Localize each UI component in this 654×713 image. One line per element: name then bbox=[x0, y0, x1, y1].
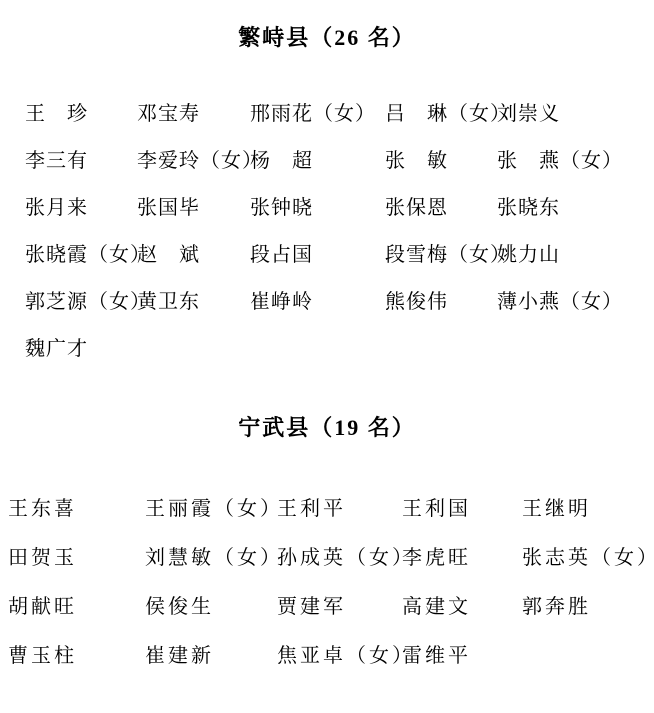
person-name: 张 燕（女） bbox=[497, 150, 654, 172]
name-row: 胡献旺 侯俊生 贾建军 高建文 郭奔胜 bbox=[0, 596, 654, 618]
person-name: 刘崇义 bbox=[497, 103, 654, 125]
person-name: 张国毕 bbox=[137, 197, 250, 219]
person-name: 张 敏 bbox=[385, 150, 497, 172]
person-name: 王丽霞（女） bbox=[145, 498, 277, 520]
person-name: 李三有 bbox=[25, 150, 137, 172]
person-name: 张钟晓 bbox=[250, 197, 385, 219]
person-name: 杨 超 bbox=[250, 150, 385, 172]
person-name: 焦亚卓（女） bbox=[277, 645, 402, 667]
person-name: 赵 斌 bbox=[137, 244, 250, 266]
name-row: 张晓霞（女） 赵 斌 段占国 段雪梅（女） 姚力山 bbox=[0, 244, 654, 266]
person-name: 高建文 bbox=[402, 596, 522, 618]
person-name: 张志英（女） bbox=[522, 547, 654, 569]
person-name: 邢雨花（女） bbox=[250, 103, 385, 125]
person-name: 段占国 bbox=[250, 244, 385, 266]
person-name: 雷维平 bbox=[402, 645, 522, 667]
person-name: 胡献旺 bbox=[8, 596, 145, 618]
name-row: 魏广才 bbox=[0, 338, 654, 360]
section-title: 宁武县（19 名） bbox=[0, 416, 654, 440]
person-name: 崔峥岭 bbox=[250, 291, 385, 313]
name-row: 郭芝源（女） 黄卫东 崔峥岭 熊俊伟 薄小燕（女） bbox=[0, 291, 654, 313]
person-name: 黄卫东 bbox=[137, 291, 250, 313]
person-name: 李爱玲（女） bbox=[137, 150, 250, 172]
person-name: 郭芝源（女） bbox=[25, 291, 137, 313]
name-row: 李三有 李爱玲（女） 杨 超 张 敏 张 燕（女） bbox=[0, 150, 654, 172]
person-name: 郭奔胜 bbox=[522, 596, 654, 618]
person-name: 曹玉柱 bbox=[8, 645, 145, 667]
person-name: 侯俊生 bbox=[145, 596, 277, 618]
person-name: 段雪梅（女） bbox=[385, 244, 497, 266]
name-row: 王 珍 邓宝寿 邢雨花（女） 吕 琳（女） 刘崇义 bbox=[0, 103, 654, 125]
person-name: 刘慧敏（女） bbox=[145, 547, 277, 569]
person-name: 贾建军 bbox=[277, 596, 402, 618]
name-row: 田贺玉 刘慧敏（女） 孙成英（女） 李虎旺 张志英（女） bbox=[0, 547, 654, 569]
county-section-ningwu: 宁武县（19 名） 王东喜 王丽霞（女） 王利平 王利国 王继明 田贺玉 刘慧敏… bbox=[0, 416, 654, 667]
person-name: 魏广才 bbox=[25, 338, 137, 360]
person-name: 王利平 bbox=[277, 498, 402, 520]
person-name: 孙成英（女） bbox=[277, 547, 402, 569]
name-row: 王东喜 王丽霞（女） 王利平 王利国 王继明 bbox=[0, 498, 654, 520]
person-name: 崔建新 bbox=[145, 645, 277, 667]
name-row: 张月来 张国毕 张钟晓 张保恩 张晓东 bbox=[0, 197, 654, 219]
person-name: 邓宝寿 bbox=[137, 103, 250, 125]
person-name: 王东喜 bbox=[8, 498, 145, 520]
section-title: 繁峙县（26 名） bbox=[0, 26, 654, 50]
county-section-fanshi: 繁峙县（26 名） 王 珍 邓宝寿 邢雨花（女） 吕 琳（女） 刘崇义 李三有 … bbox=[0, 26, 654, 360]
person-name: 王继明 bbox=[522, 498, 654, 520]
person-name: 吕 琳（女） bbox=[385, 103, 497, 125]
person-name: 张月来 bbox=[25, 197, 137, 219]
person-name: 李虎旺 bbox=[402, 547, 522, 569]
person-name: 姚力山 bbox=[497, 244, 654, 266]
person-name: 张保恩 bbox=[385, 197, 497, 219]
name-row: 曹玉柱 崔建新 焦亚卓（女） 雷维平 bbox=[0, 645, 654, 667]
person-name: 薄小燕（女） bbox=[497, 291, 654, 313]
person-name: 田贺玉 bbox=[8, 547, 145, 569]
person-name: 张晓东 bbox=[497, 197, 654, 219]
person-name: 王 珍 bbox=[25, 103, 137, 125]
person-name: 张晓霞（女） bbox=[25, 244, 137, 266]
person-name: 王利国 bbox=[402, 498, 522, 520]
document-page: 繁峙县（26 名） 王 珍 邓宝寿 邢雨花（女） 吕 琳（女） 刘崇义 李三有 … bbox=[0, 0, 654, 713]
person-name: 熊俊伟 bbox=[385, 291, 497, 313]
